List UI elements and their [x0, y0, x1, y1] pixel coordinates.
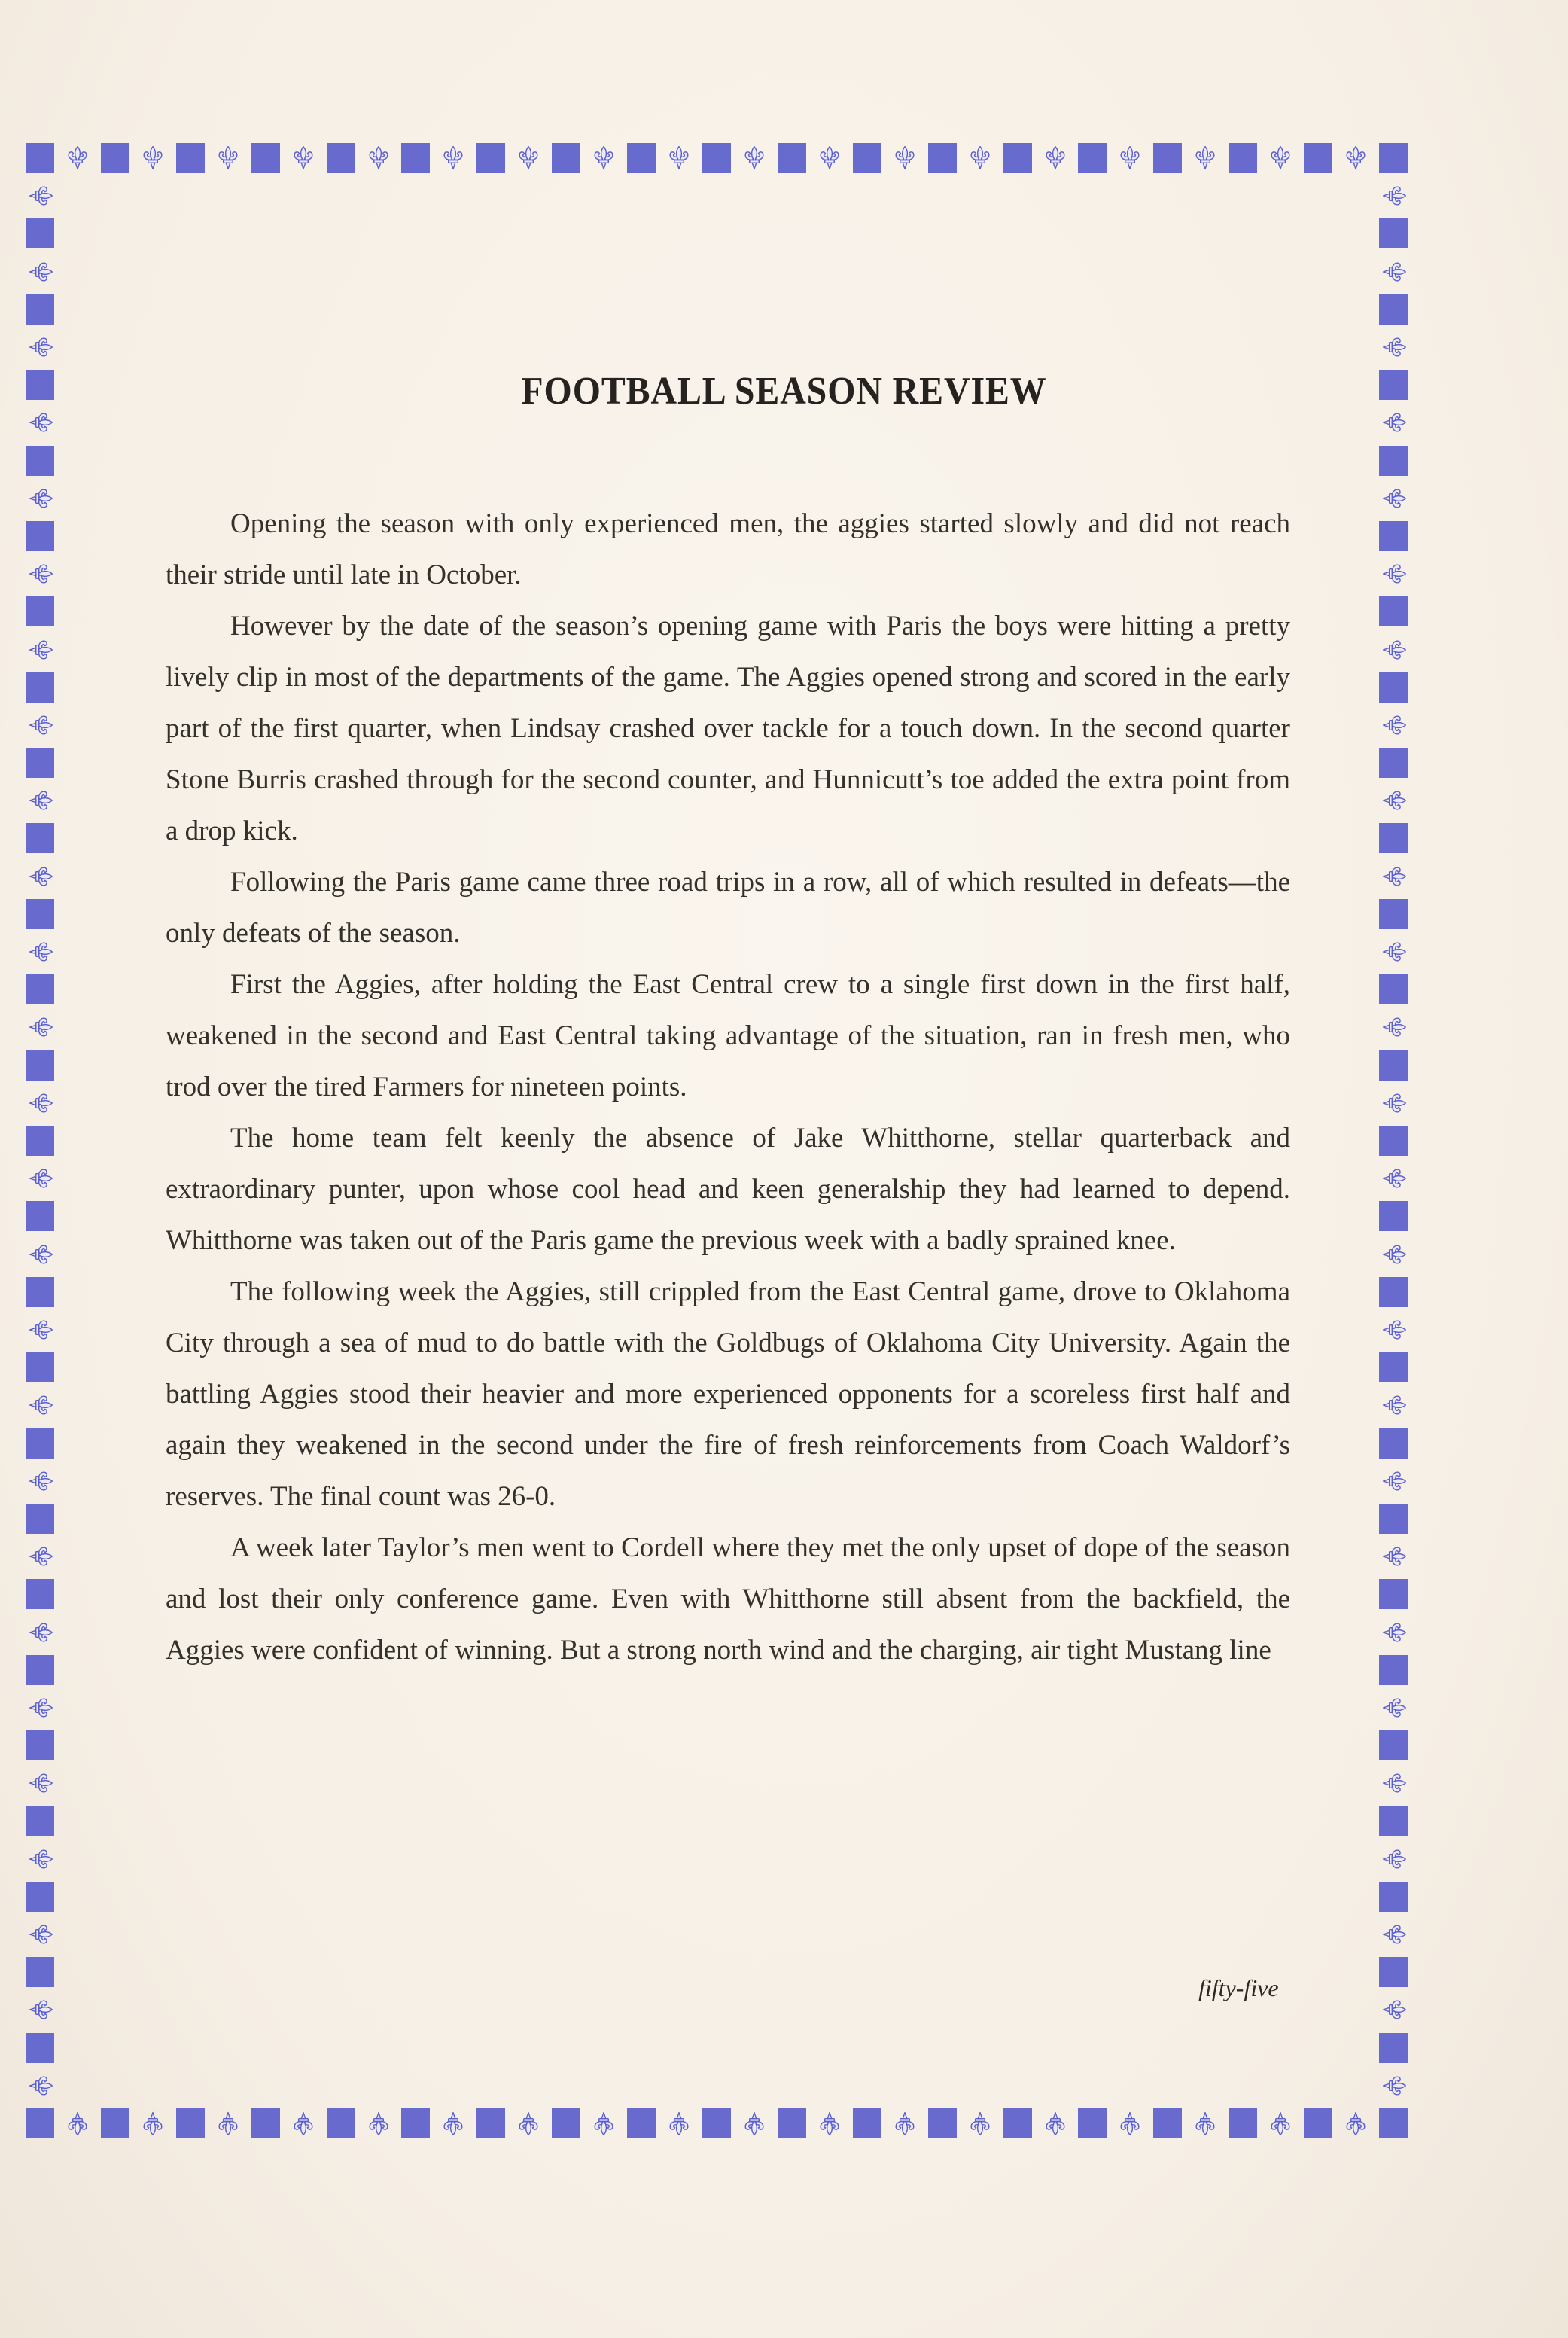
paragraph: Opening the season with only experienced…: [166, 498, 1290, 601]
fleur-de-lis-icon: [1341, 2108, 1371, 2138]
fleur-de-lis-icon: [1379, 861, 1409, 892]
border-square: [1379, 1352, 1408, 1382]
fleur-de-lis-icon: [26, 1693, 56, 1723]
fleur-de-lis-icon: [739, 143, 769, 173]
fleur-de-lis-icon: [26, 332, 56, 362]
border-square: [1379, 1126, 1408, 1156]
fleur-de-lis-icon: [1379, 1844, 1409, 1874]
border-square: [26, 1050, 54, 1081]
border-square: [26, 1730, 54, 1760]
border-square: [26, 748, 54, 778]
fleur-de-lis-icon: [213, 2108, 243, 2138]
fleur-de-lis-icon: [1265, 2108, 1296, 2138]
article-body: Opening the season with only experienced…: [166, 498, 1290, 1676]
fleur-de-lis-icon: [438, 143, 468, 173]
fleur-de-lis-icon: [26, 181, 56, 211]
border-square: [702, 143, 731, 173]
fleur-de-lis-icon: [1040, 2108, 1070, 2138]
border-square: [26, 1806, 54, 1836]
fleur-de-lis-icon: [1379, 332, 1409, 362]
page-title: FOOTBALL SEASON REVIEW: [62, 369, 1505, 413]
border-square: [928, 143, 957, 173]
fleur-de-lis-icon: [1379, 257, 1409, 287]
fleur-de-lis-icon: [1379, 635, 1409, 665]
fleur-de-lis-icon: [814, 2108, 845, 2138]
fleur-de-lis-icon: [1379, 483, 1409, 514]
fleur-de-lis-icon: [26, 1617, 56, 1648]
fleur-de-lis-icon: [589, 2108, 619, 2138]
border-square: [1379, 2108, 1408, 2138]
fleur-de-lis-icon: [1379, 1390, 1409, 1420]
fleur-de-lis-icon: [364, 2108, 394, 2138]
border-square: [101, 143, 129, 173]
border-square: [26, 2108, 54, 2138]
fleur-de-lis-icon: [1190, 2108, 1220, 2138]
border-square: [1379, 974, 1408, 1004]
border-square: [26, 370, 54, 400]
border-square: [101, 2108, 129, 2138]
border-square: [26, 823, 54, 853]
fleur-de-lis-icon: [1379, 1012, 1409, 1042]
page-number: fifty-five: [1198, 1974, 1279, 2002]
paragraph: However by the date of the season’s open…: [166, 601, 1290, 857]
border-square: [251, 2108, 280, 2138]
border-square: [26, 1655, 54, 1685]
fleur-de-lis-icon: [1190, 143, 1220, 173]
border-square: [26, 672, 54, 703]
fleur-de-lis-icon: [1379, 1466, 1409, 1496]
border-square: [1379, 1882, 1408, 1912]
fleur-de-lis-icon: [589, 143, 619, 173]
fleur-de-lis-icon: [1379, 710, 1409, 740]
fleur-de-lis-icon: [1341, 143, 1371, 173]
fleur-de-lis-icon: [965, 143, 995, 173]
border-square: [26, 596, 54, 626]
fleur-de-lis-icon: [664, 143, 694, 173]
fleur-de-lis-icon: [26, 483, 56, 514]
border-square: [1229, 143, 1257, 173]
border-square: [26, 1352, 54, 1382]
fleur-de-lis-icon: [1040, 143, 1070, 173]
border-square: [26, 143, 54, 173]
border-square: [1379, 521, 1408, 551]
fleur-de-lis-icon: [26, 1239, 56, 1270]
fleur-de-lis-icon: [26, 785, 56, 815]
border-square: [1379, 1579, 1408, 1609]
border-square: [401, 143, 430, 173]
border-square: [176, 2108, 205, 2138]
border-square: [401, 2108, 430, 2138]
fleur-de-lis-icon: [62, 2108, 93, 2138]
fleur-de-lis-icon: [26, 1995, 56, 2025]
fleur-de-lis-icon: [814, 143, 845, 173]
fleur-de-lis-icon: [965, 2108, 995, 2138]
border-square: [552, 143, 580, 173]
border-square: [26, 1428, 54, 1459]
fleur-de-lis-icon: [513, 2108, 543, 2138]
border-square: [1003, 2108, 1032, 2138]
border-square: [1379, 1201, 1408, 1231]
paragraph: Following the Paris game came three road…: [166, 857, 1290, 959]
fleur-de-lis-icon: [213, 143, 243, 173]
border-square: [26, 218, 54, 248]
fleur-de-lis-icon: [1379, 1995, 1409, 2025]
fleur-de-lis-icon: [26, 1466, 56, 1496]
fleur-de-lis-icon: [1379, 1239, 1409, 1270]
fleur-de-lis-icon: [1379, 937, 1409, 967]
fleur-de-lis-icon: [26, 1012, 56, 1042]
border-square: [1229, 2108, 1257, 2138]
fleur-de-lis-icon: [26, 559, 56, 589]
border-square: [26, 294, 54, 325]
fleur-de-lis-icon: [26, 710, 56, 740]
fleur-de-lis-icon: [26, 1541, 56, 1571]
border-square: [1304, 2108, 1332, 2138]
fleur-de-lis-icon: [513, 143, 543, 173]
fleur-de-lis-icon: [1115, 143, 1145, 173]
fleur-de-lis-icon: [26, 2071, 56, 2101]
border-square: [26, 446, 54, 476]
fleur-de-lis-icon: [1379, 1541, 1409, 1571]
fleur-de-lis-icon: [26, 1919, 56, 1949]
border-square: [327, 143, 355, 173]
border-square: [853, 143, 881, 173]
fleur-de-lis-icon: [26, 257, 56, 287]
border-square: [26, 899, 54, 929]
border-square: [778, 143, 806, 173]
border-square: [853, 2108, 881, 2138]
border-square: [1379, 823, 1408, 853]
border-square: [26, 1579, 54, 1609]
border-square: [26, 2033, 54, 2063]
border-square: [1379, 2033, 1408, 2063]
fleur-de-lis-icon: [1379, 559, 1409, 589]
paragraph: The home team felt keenly the absence of…: [166, 1113, 1290, 1267]
border-square: [26, 1277, 54, 1307]
border-square: [1078, 143, 1107, 173]
border-square: [1379, 1730, 1408, 1760]
fleur-de-lis-icon: [26, 1844, 56, 1874]
border-square: [1379, 218, 1408, 248]
fleur-de-lis-icon: [1379, 1693, 1409, 1723]
fleur-de-lis-icon: [26, 1390, 56, 1420]
border-square: [627, 2108, 656, 2138]
fleur-de-lis-icon: [26, 407, 56, 437]
fleur-de-lis-icon: [438, 2108, 468, 2138]
border-square: [1379, 1277, 1408, 1307]
border-square: [1379, 1504, 1408, 1534]
fleur-de-lis-icon: [1379, 2071, 1409, 2101]
fleur-de-lis-icon: [1379, 1088, 1409, 1118]
border-square: [1379, 294, 1408, 325]
fleur-de-lis-icon: [138, 2108, 168, 2138]
fleur-de-lis-icon: [1379, 785, 1409, 815]
border-square: [26, 974, 54, 1004]
fleur-de-lis-icon: [739, 2108, 769, 2138]
border-square: [327, 2108, 355, 2138]
fleur-de-lis-icon: [26, 937, 56, 967]
border-square: [26, 1126, 54, 1156]
fleur-de-lis-icon: [1379, 1163, 1409, 1193]
border-square: [1003, 143, 1032, 173]
fleur-de-lis-icon: [1379, 181, 1409, 211]
fleur-de-lis-icon: [26, 1088, 56, 1118]
border-square: [1379, 748, 1408, 778]
border-square: [1379, 1655, 1408, 1685]
border-square: [1153, 143, 1182, 173]
border-square: [1379, 1428, 1408, 1459]
paragraph: A week later Taylor’s men went to Cordel…: [166, 1523, 1290, 1676]
border-square: [1078, 2108, 1107, 2138]
border-square: [26, 1201, 54, 1231]
border-square: [26, 1957, 54, 1987]
border-square: [1304, 143, 1332, 173]
fleur-de-lis-icon: [1265, 143, 1296, 173]
border-square: [26, 1504, 54, 1534]
border-square: [702, 2108, 731, 2138]
border-square: [1153, 2108, 1182, 2138]
border-square: [1379, 899, 1408, 929]
border-square: [1379, 446, 1408, 476]
fleur-de-lis-icon: [890, 2108, 920, 2138]
fleur-de-lis-icon: [890, 143, 920, 173]
border-square: [928, 2108, 957, 2138]
fleur-de-lis-icon: [1379, 1919, 1409, 1949]
border-square: [476, 143, 505, 173]
paragraph: The following week the Aggies, still cri…: [166, 1267, 1290, 1523]
border-square: [1379, 1806, 1408, 1836]
border-square: [1379, 672, 1408, 703]
fleur-de-lis-icon: [26, 861, 56, 892]
border-square: [1379, 1957, 1408, 1987]
border-square: [251, 143, 280, 173]
fleur-de-lis-icon: [26, 1768, 56, 1798]
fleur-de-lis-icon: [1379, 1617, 1409, 1648]
border-square: [26, 521, 54, 551]
fleur-de-lis-icon: [1379, 1768, 1409, 1798]
fleur-de-lis-icon: [26, 1315, 56, 1345]
paragraph: First the Aggies, after holding the East…: [166, 959, 1290, 1113]
border-square: [778, 2108, 806, 2138]
border-square: [476, 2108, 505, 2138]
fleur-de-lis-icon: [26, 635, 56, 665]
border-square: [26, 1882, 54, 1912]
border-square: [1379, 1050, 1408, 1081]
fleur-de-lis-icon: [664, 2108, 694, 2138]
fleur-de-lis-icon: [288, 2108, 318, 2138]
border-square: [176, 143, 205, 173]
fleur-de-lis-icon: [62, 143, 93, 173]
fleur-de-lis-icon: [26, 1163, 56, 1193]
fleur-de-lis-icon: [1115, 2108, 1145, 2138]
border-square: [1379, 143, 1408, 173]
fleur-de-lis-icon: [138, 143, 168, 173]
fleur-de-lis-icon: [1379, 1315, 1409, 1345]
border-square: [627, 143, 656, 173]
border-square: [552, 2108, 580, 2138]
fleur-de-lis-icon: [288, 143, 318, 173]
fleur-de-lis-icon: [364, 143, 394, 173]
border-square: [1379, 596, 1408, 626]
